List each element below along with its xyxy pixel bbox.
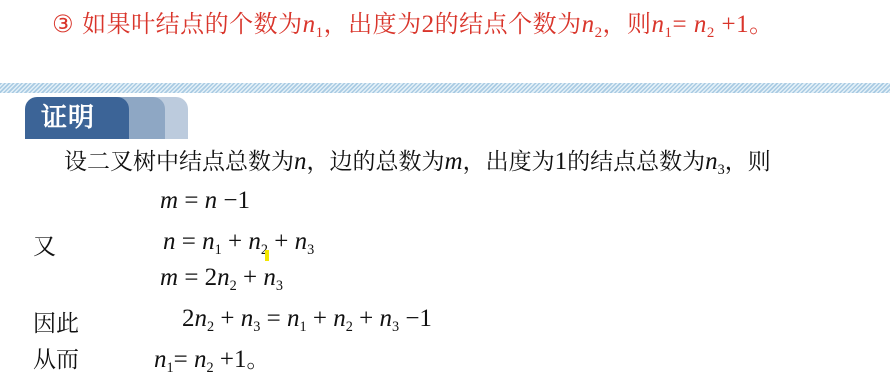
equation-1: m = n −1 [160,187,250,215]
text-cursor-icon [265,250,269,261]
striped-divider [0,83,890,93]
equation-5: n1= n2 +1。 [154,341,269,374]
proof-tab-label: 证明 [25,97,129,139]
label-therefore: 因此 [33,305,79,338]
equation-4: 2n2 + n3 = n1 + n2 + n3 −1 [182,305,432,333]
proof-intro: 设二叉树中结点总数为n，边的总数为m，出度为1的结点总数为n3，则 [64,143,771,176]
label-you: 又 [33,228,56,261]
theorem-statement: ③ 如果叶结点的个数为n1，出度为2的结点个数为n2，则n1= n2 +1。 [52,4,774,39]
theorem-marker: ③ [52,10,74,38]
proof-tab: 证明 [25,97,190,139]
equation-3: m = 2n2 + n3 [160,264,283,292]
equation-2: n = n1 + n2 + n3 [163,228,314,256]
label-thus: 从而 [33,341,79,374]
